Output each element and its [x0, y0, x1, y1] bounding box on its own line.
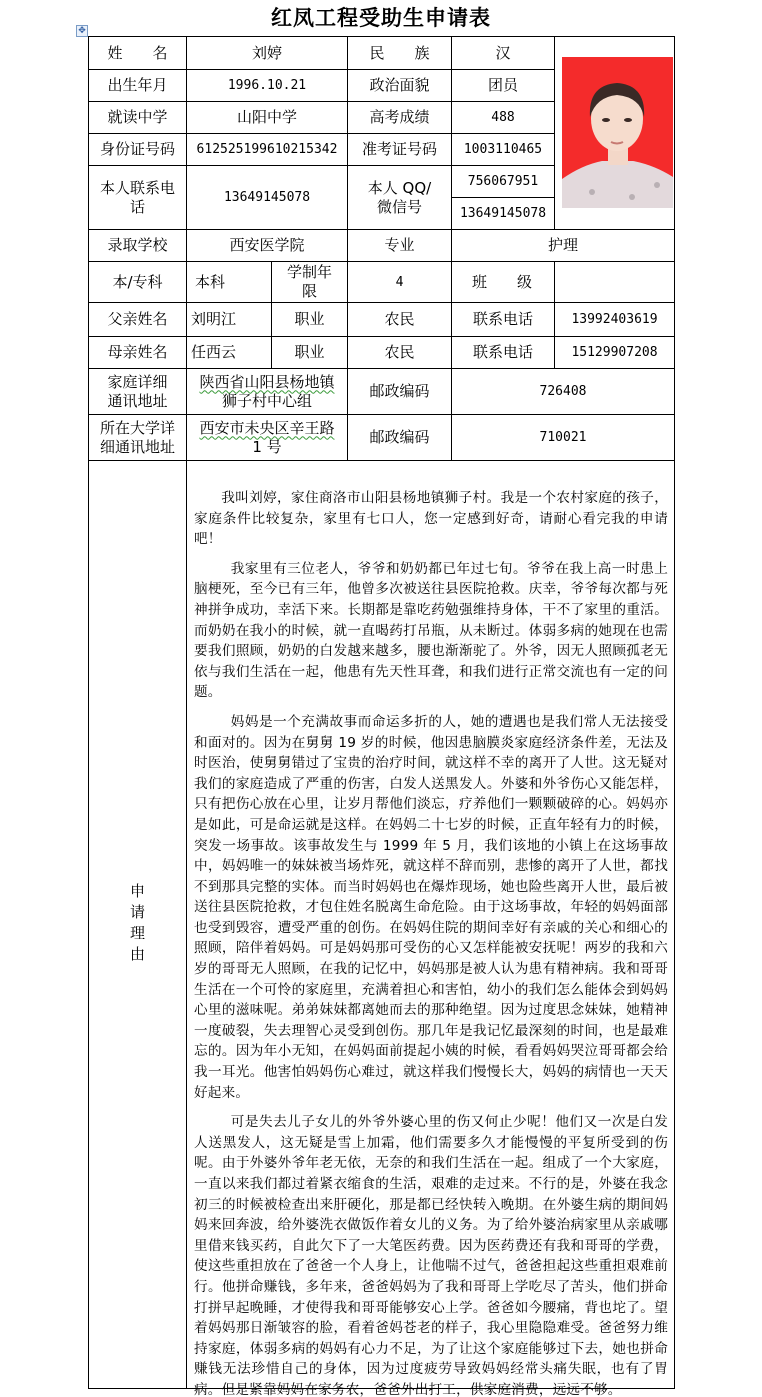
home-addr-line1: 陕西省山阳县杨地镇	[199, 373, 334, 392]
uni-addr-value: 西安市未央区辛王路 1 号	[186, 414, 348, 461]
home-addr-label: 家庭详细通讯地址	[88, 368, 187, 415]
reason-paragraph-1: 我叫刘婷，家住商洛市山阳县杨地镇狮子村。我是一个农村家庭的孩子，家庭条件比较复杂…	[194, 488, 668, 550]
uni-zip: 710021	[451, 414, 675, 461]
admitted-value: 西安医学院	[186, 229, 348, 262]
birth-label: 出生年月	[88, 69, 187, 102]
name-label: 姓 名	[88, 36, 187, 70]
level-value: 本科	[186, 261, 272, 303]
portrait-image	[562, 57, 673, 208]
school-label: 就读中学	[88, 101, 187, 134]
wechat-value: 13649145078	[451, 197, 555, 230]
school-value: 山阳中学	[186, 101, 348, 134]
id-label: 身份证号码	[88, 133, 187, 166]
political-label: 政治面貌	[347, 69, 452, 102]
duration-label: 学制年限	[271, 261, 348, 303]
document-title: 红凤工程受助生申请表	[0, 2, 762, 32]
exam-score-label: 高考成绩	[347, 101, 452, 134]
father-label: 父亲姓名	[88, 302, 187, 337]
applicant-photo	[562, 57, 673, 208]
phone-value: 13649145078	[186, 165, 348, 230]
father-job-label: 职业	[271, 302, 348, 337]
father-phone: 13992403619	[554, 302, 675, 337]
class-label: 班 级	[451, 261, 555, 303]
father-phone-label: 联系电话	[451, 302, 555, 337]
name-value: 刘婷	[186, 36, 348, 70]
mother-name: 任西云	[186, 336, 272, 369]
exam-no-label: 准考证号码	[347, 133, 452, 166]
uni-addr-line1: 西安市未央区辛王路	[199, 419, 334, 438]
reason-body: 我叫刘婷，家住商洛市山阳县杨地镇狮子村。我是一个农村家庭的孩子，家庭条件比较复杂…	[186, 460, 675, 1389]
qq-label: 本人 QQ/微信号	[347, 165, 452, 230]
ethnicity-value: 汉	[451, 36, 555, 70]
exam-no-value: 1003110465	[451, 133, 555, 166]
mother-job-label: 职业	[271, 336, 348, 369]
uni-addr-line2: 1 号	[252, 438, 281, 457]
mother-phone: 15129907208	[554, 336, 675, 369]
duration-value: 4	[347, 261, 452, 303]
exam-score-value: 488	[451, 101, 555, 134]
political-value: 团员	[451, 69, 555, 102]
father-job: 农民	[347, 302, 452, 337]
reason-label: 申请理由	[88, 460, 187, 1389]
uni-addr-label: 所在大学详细通讯地址	[88, 414, 187, 461]
birth-value: 1996.10.21	[186, 69, 348, 102]
admitted-label: 录取学校	[88, 229, 187, 262]
reason-paragraph-2: 我家里有三位老人，爷爷和奶奶都已年过七旬。爷爷在我上高一时患上脑梗死，至今已有三…	[194, 559, 668, 703]
ethnicity-label: 民 族	[347, 36, 452, 70]
mother-job: 农民	[347, 336, 452, 369]
major-value: 护理	[451, 229, 675, 262]
level-label: 本/专科	[88, 261, 187, 303]
home-addr-value: 陕西省山阳县杨地镇 狮子村中心组	[186, 368, 348, 415]
reason-paragraph-4: 可是失去儿子女儿的外爷外婆心里的伤又何止少呢！他们又一次是白发人送黑发人，这无疑…	[194, 1112, 668, 1397]
mother-label: 母亲姓名	[88, 336, 187, 369]
class-value	[554, 261, 675, 303]
home-addr-line2: 狮子村中心组	[222, 392, 312, 411]
phone-label: 本人联系电话	[88, 165, 187, 230]
qq-value: 756067951	[451, 165, 555, 198]
reason-label-text: 申请理由	[127, 883, 148, 967]
mother-phone-label: 联系电话	[451, 336, 555, 369]
uni-zip-label: 邮政编码	[347, 414, 452, 461]
reason-paragraph-3: 妈妈是一个充满故事而命运多折的人，她的遭遇也是我们常人无法接受和面对的。因为在舅…	[194, 712, 668, 1103]
major-label: 专业	[347, 229, 452, 262]
father-name: 刘明江	[186, 302, 272, 337]
id-value: 612525199610215342	[186, 133, 348, 166]
home-zip-label: 邮政编码	[347, 368, 452, 415]
home-zip: 726408	[451, 368, 675, 415]
move-handle-icon[interactable]: ✥	[76, 25, 88, 37]
